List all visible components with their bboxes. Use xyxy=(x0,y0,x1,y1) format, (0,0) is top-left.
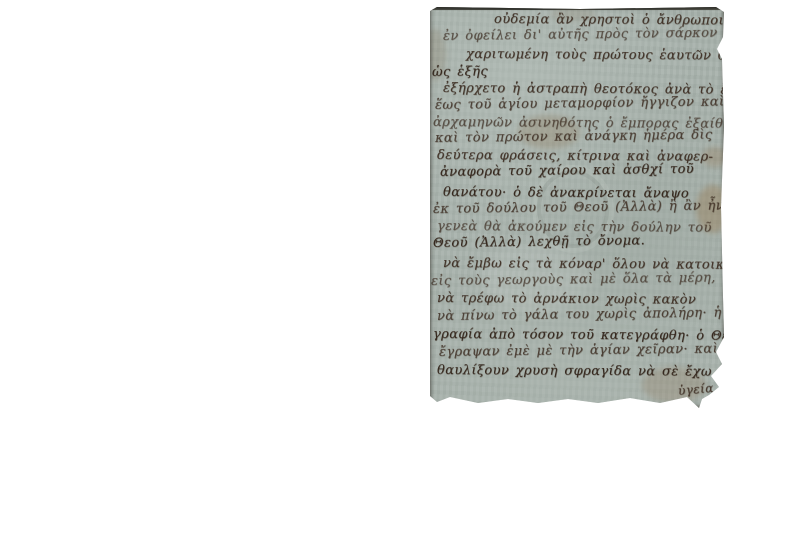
handwriting-line: ἀναφορὰ τοῦ χαίρου καὶ ἀσθχί τοῦ xyxy=(440,163,694,180)
handwriting-line: ὡς ἑξῆς xyxy=(432,65,488,80)
manuscript-page: οὐδεμία ἂν χρηστοὶ ὁ ἄνθρωποι γεγόνασι ἐ… xyxy=(430,7,724,408)
handwriting-line: χαριτωμένη τοὺς πρώτους ἑαυτῶν θάνατον xyxy=(466,48,777,64)
page-background: οὐδεμία ἂν χρηστοὶ ὁ ἄνθρωποι γεγόνασι ἐ… xyxy=(0,0,800,549)
handwriting-line: ἕως τοῦ ἁγίου μεταμορφίον ἤγγιζον καὶ xyxy=(435,95,725,113)
handwriting-signature: ὑγεία xyxy=(677,381,714,398)
handwriting-line: ἐκ τοῦ δούλου τοῦ Θεοῦ (Ἀλλὰ) ἢ ἂν ἦν xyxy=(433,199,724,217)
handwriting-line: καὶ τὸν πρώτον καὶ ἀνάγκη ἡμέρα δὶς xyxy=(435,129,713,146)
handwriting-line: ἐν ὀφείλει δι' αὐτῆς πρὸς τὸν σάρκον ὅπω… xyxy=(443,26,782,44)
handwriting-line: νὰ τρέφω τὸ ἀρνάκιον χωρὶς κακὸν xyxy=(437,292,696,308)
handwriting-line: θαυλίξουν χρυσὴ σφραγίδα νὰ σὲ ἔχω xyxy=(437,364,712,380)
handwriting-line: Θεοῦ (Ἀλλὰ) λεχθῇ τὸ ὄνομα. xyxy=(433,234,645,251)
handwriting-line: εἰς τοὺς γεωργοὺς καὶ μὲ ὅλα τὰ μέρη, xyxy=(431,272,716,289)
paper-top-edge xyxy=(430,7,724,10)
handwriting-line: ἔγραψαν ἐμὲ μὲ τὴν ἁγίαν χεῖραν· καὶ θὰ xyxy=(439,342,742,360)
handwriting-line: νὰ πίνω τὸ γάλα του χωρὶς ἀπολήρη· ἡ xyxy=(437,307,722,324)
